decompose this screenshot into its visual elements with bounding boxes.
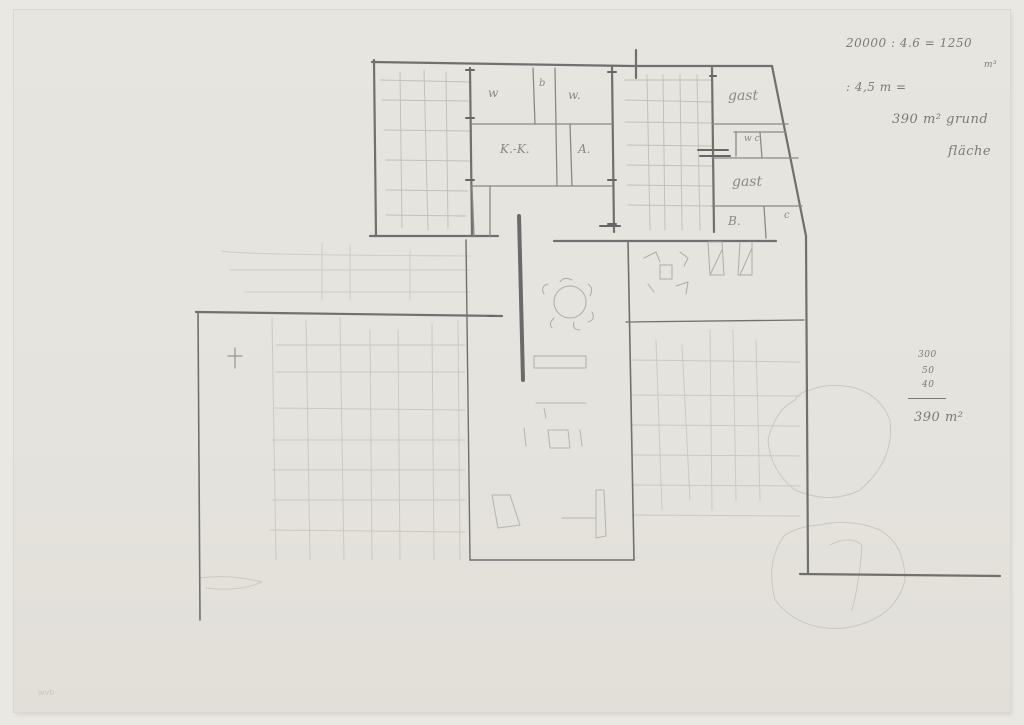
room-label-gast-1: gast — [728, 88, 758, 104]
room-label-c: c — [784, 210, 790, 221]
floor-plan-drawing — [0, 0, 1024, 725]
walls — [196, 50, 1000, 620]
sum-rule — [908, 398, 946, 399]
room-label-wc: w c — [744, 134, 760, 144]
opening-ticks — [466, 70, 730, 316]
terrace-grid-top-right — [625, 75, 712, 230]
sum-total: 390 m² — [914, 410, 963, 425]
calc-division: : 4,5 m = — [846, 80, 907, 94]
room-label-b: B. — [728, 214, 741, 228]
sum-term-1: 300 — [918, 350, 937, 360]
calc-volume: 20000 : 4.6 = 1250 — [846, 36, 972, 50]
sum-term-2: 50 — [922, 366, 934, 376]
sum-term-3: 40 — [922, 380, 934, 390]
cross-mark — [228, 348, 242, 368]
room-label-gast-2: gast — [732, 174, 762, 190]
calc-floor-area-word: fläche — [948, 144, 991, 159]
terrace-grid-top-left — [380, 70, 470, 230]
room-label-kk: K.-K. — [500, 142, 530, 156]
seating-group — [492, 403, 606, 538]
dining-table-with-chairs — [534, 278, 593, 368]
living-grid-right — [632, 330, 800, 516]
living-grid-left — [200, 318, 465, 589]
tree-outlines — [768, 385, 905, 628]
calc-floor-area: 390 m² grund — [892, 112, 988, 127]
archive-stamp: wvb — [38, 688, 54, 697]
faint-construction-lines — [222, 243, 470, 300]
room-label-w2: w. — [568, 88, 581, 102]
room-label-a: A. — [578, 142, 590, 156]
room-label-w1: w — [488, 86, 498, 100]
calc-volume-unit: m³ — [984, 60, 997, 70]
seating-top-right — [644, 242, 752, 294]
room-label-b-small: b — [539, 78, 545, 89]
